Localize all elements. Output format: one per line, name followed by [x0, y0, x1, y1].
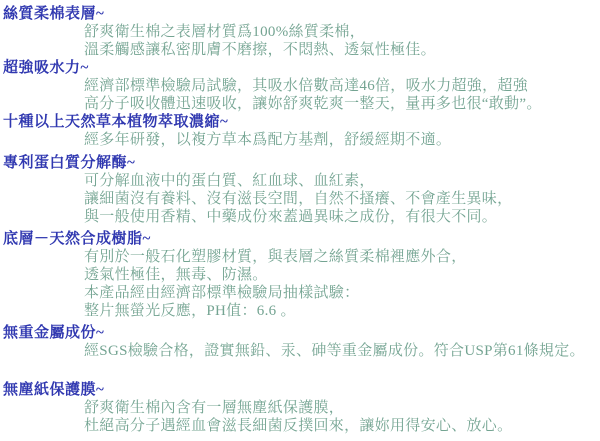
body-line: 有別於一般石化塑膠材質，與表層之絲質柔棉裡應外合， [3, 248, 598, 266]
heading-herbal-plant-extract: 十種以上天然草本植物萃取濃縮~ [3, 113, 598, 131]
section-super-absorbency: 超強吸水力~ 經濟部標準檢驗局試驗，其吸水倍數高達46倍，吸水力超強，超強 高分… [3, 59, 598, 113]
body-line: 本產品經由經濟部標準檢驗局抽樣試驗： [3, 284, 598, 302]
heading-super-absorbency: 超強吸水力~ [3, 59, 598, 77]
body-line: 透氣性極佳，無毒、防濕。 [3, 266, 598, 284]
body-line: 舒爽衛生棉之表層材質爲100%絲質柔棉， [3, 23, 598, 41]
heading-no-heavy-metal: 無重金屬成份~ [3, 324, 598, 342]
body-line: 經濟部標準檢驗局試驗，其吸水倍數高達46倍，吸水力超強，超強 [3, 77, 598, 95]
section-silk-soft-cotton-surface: 絲質柔棉表層~ 舒爽衛生棉之表層材質爲100%絲質柔棉， 溫柔觸感讓私密肌膚不磨… [3, 5, 598, 59]
body-line: 經多年研發，以複方草本爲配方基劑，舒緩經期不適。 [3, 131, 598, 149]
body-line: 杜絕高分子遇經血會滋長細菌反撲回來，讓妳用得安心、放心。 [3, 417, 598, 435]
heading-dust-free-paper-film: 無塵紙保護膜~ [3, 381, 598, 399]
product-feature-document: 絲質柔棉表層~ 舒爽衛生棉之表層材質爲100%絲質柔棉， 溫柔觸感讓私密肌膚不磨… [0, 0, 600, 435]
section-herbal-plant-extract: 十種以上天然草本植物萃取濃縮~ 經多年研發，以複方草本爲配方基劑，舒緩經期不適。 [3, 113, 598, 149]
heading-patented-protein-enzyme: 專利蛋白質分解酶~ [3, 154, 598, 172]
body-line: 高分子吸收體迅速吸收，讓妳舒爽乾爽一整天，量再多也很“敢動”。 [3, 95, 598, 113]
body-line: 溫柔觸感讓私密肌膚不磨擦，不悶熱、透氣性極佳。 [3, 41, 598, 59]
body-line: 可分解血液中的蛋白質、紅血球、血紅素， [3, 172, 598, 190]
heading-natural-synthetic-resin-bottom: 底層－天然合成樹脂~ [3, 230, 598, 248]
body-line: 與一般使用香精、中藥成份來蓋過異味之成份，有很大不同。 [3, 208, 598, 226]
body-line: 經SGS檢驗合格，證實無鉛、汞、砷等重金屬成份。符合USP第61條規定。 [3, 342, 598, 360]
section-dust-free-paper-film: 無塵紙保護膜~ 舒爽衛生棉內含有一層無塵紙保護膜， 杜絕高分子遇經血會滋長細菌反… [3, 381, 598, 435]
section-no-heavy-metal: 無重金屬成份~ 經SGS檢驗合格，證實無鉛、汞、砷等重金屬成份。符合USP第61… [3, 324, 598, 360]
body-line: 舒爽衛生棉內含有一層無塵紙保護膜， [3, 399, 598, 417]
section-patented-protein-enzyme: 專利蛋白質分解酶~ 可分解血液中的蛋白質、紅血球、血紅素， 讓細菌沒有養料、沒有… [3, 154, 598, 226]
body-line: 整片無螢光反應，PH值：6.6 。 [3, 302, 598, 320]
heading-silk-soft-cotton-surface: 絲質柔棉表層~ [3, 5, 598, 23]
section-natural-synthetic-resin-bottom: 底層－天然合成樹脂~ 有別於一般石化塑膠材質，與表層之絲質柔棉裡應外合， 透氣性… [3, 230, 598, 320]
body-line: 讓細菌沒有養料、沒有滋長空間，自然不搔癢、不會產生異味， [3, 190, 598, 208]
